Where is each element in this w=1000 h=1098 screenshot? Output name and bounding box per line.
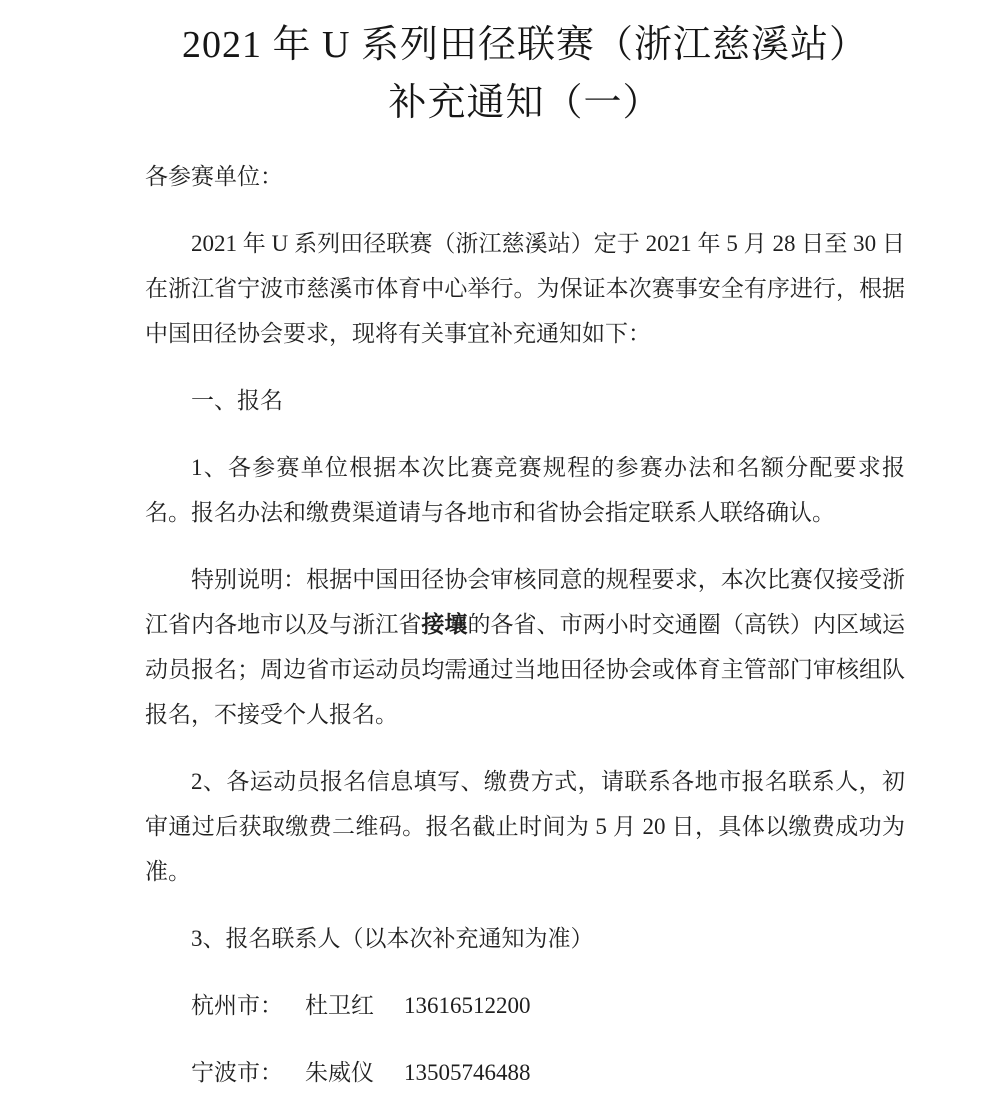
registration-item-1: 1、各参赛单位根据本次比赛竞赛规程的参赛办法和名额分配要求报名。报名办法和缴费渠… [145,445,905,535]
registration-item-2: 2、各运动员报名信息填写、缴费方式，请联系各地市报名联系人，初审通过后获取缴费二… [145,759,905,894]
contact-row-ningbo: 宁波市：朱威仪13505746488 [145,1050,905,1095]
contact-city: 宁波市： [191,1060,283,1085]
contact-name: 杜卫红 [305,993,374,1018]
contact-name: 朱威仪 [305,1060,374,1085]
special-note-paragraph: 特别说明：根据中国田径协会审核同意的规程要求，本次比赛仅接受浙江省内各地市以及与… [145,557,905,737]
contact-row-hangzhou: 杭州市：杜卫红13616512200 [145,983,905,1028]
document-page: 2021 年 U 系列田径联赛（浙江慈溪站） 补充通知（一） 各参赛单位： 20… [0,0,1000,1098]
special-note-bold-term: 接壤 [421,612,467,637]
section-heading-registration: 一、报名 [145,378,905,423]
document-title: 2021 年 U 系列田径联赛（浙江慈溪站） 补充通知（一） [145,16,905,132]
title-line-2: 补充通知（一） [145,74,905,132]
contact-phone: 13505746488 [404,1060,531,1085]
contact-city: 杭州市： [191,993,283,1018]
intro-paragraph: 2021 年 U 系列田径联赛（浙江慈溪站）定于 2021 年 5 月 28 日… [145,221,905,356]
salutation: 各参赛单位： [145,154,905,199]
title-line-1: 2021 年 U 系列田径联赛（浙江慈溪站） [145,16,905,74]
registration-item-3: 3、报名联系人（以本次补充通知为准） [145,916,905,961]
contact-phone: 13616512200 [404,993,531,1018]
